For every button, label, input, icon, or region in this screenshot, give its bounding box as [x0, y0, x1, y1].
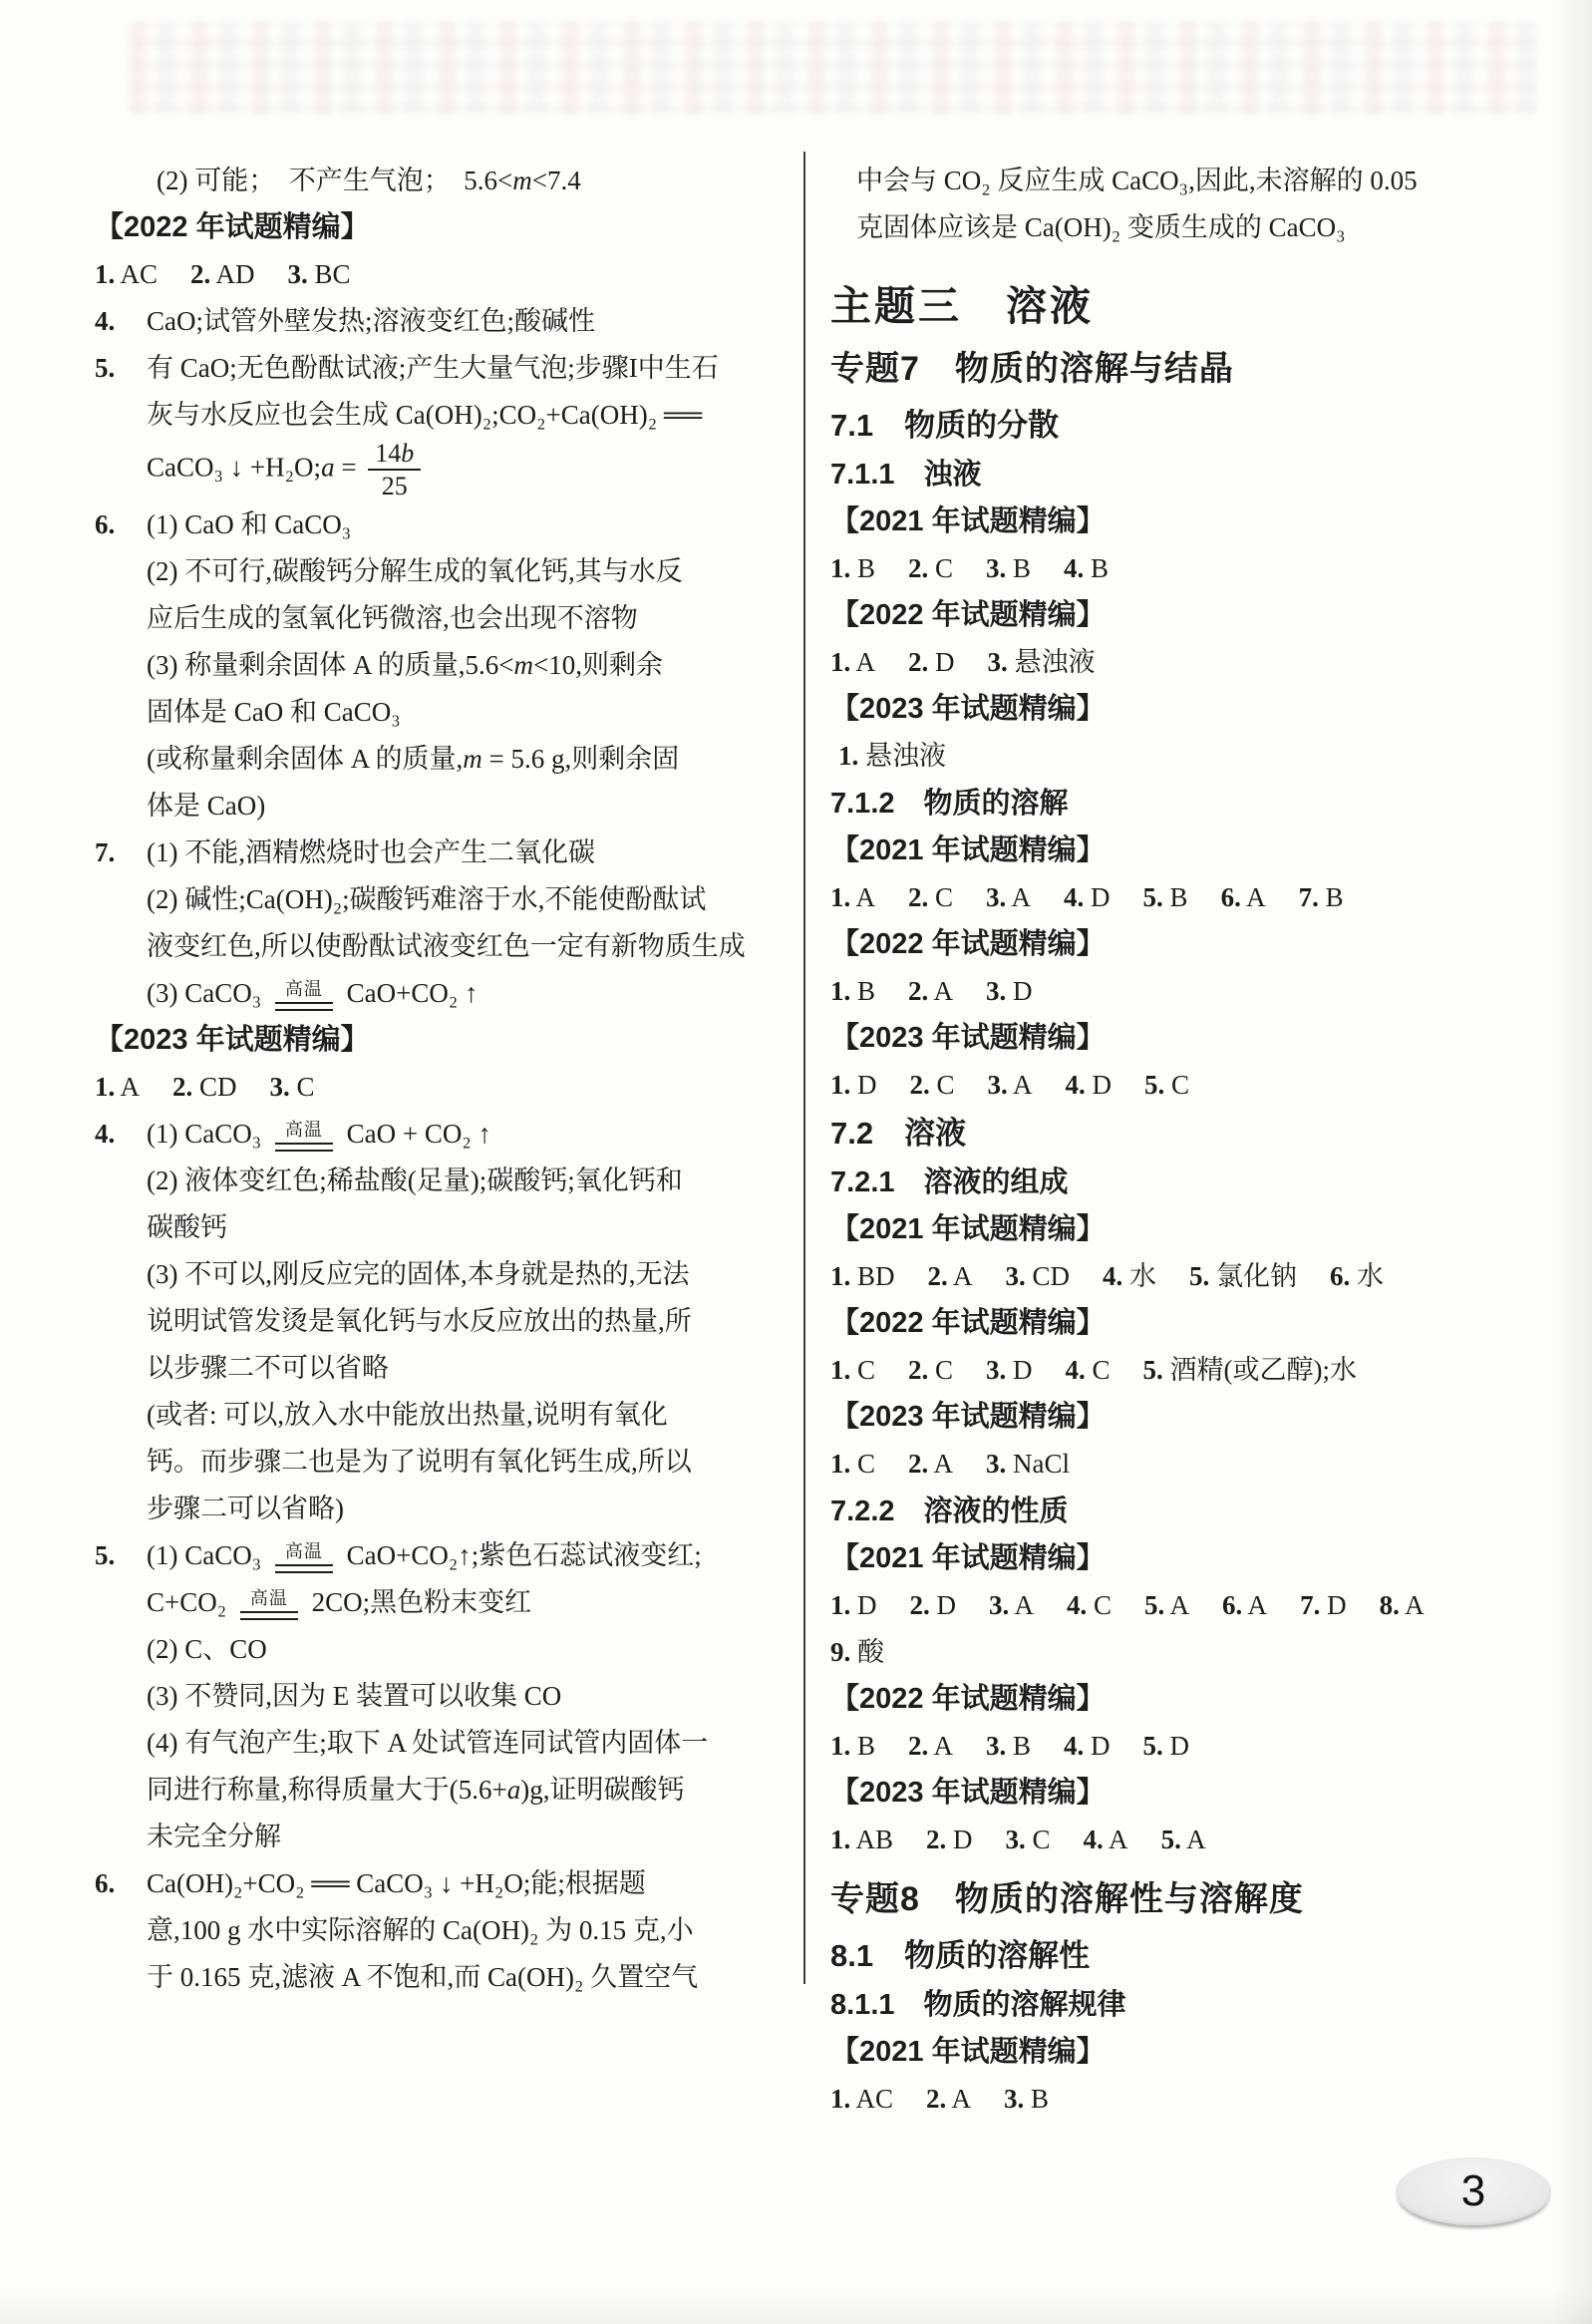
list-item: 4.CaO;试管外壁发热;溶液变红色;酸碱性	[95, 298, 775, 345]
reaction-condition-equals: 高温	[240, 1589, 298, 1620]
answer-item: 2. C	[910, 1070, 955, 1100]
text-line: (2) 不可行,碳酸钙分解生成的氧化钙,其与水反	[95, 548, 775, 595]
answer-item: 2. C	[908, 1355, 953, 1385]
answer-line: 1. D2. D3. A4. C5. A6. A7. D8. A	[830, 1582, 1540, 1629]
answer-item: 1. AC	[95, 259, 158, 289]
text-line: (2) 液体变红色;稀盐酸(足量);碳酸钙;氧化钙和	[95, 1158, 775, 1204]
answer-item: 5. B	[1143, 882, 1188, 912]
answer-item: 1. C	[830, 1449, 875, 1479]
answer-item: 1. A	[830, 882, 875, 912]
answer-item: 3. NaCl	[986, 1449, 1070, 1479]
text-line: 说明试管发烫是氧化钙与水反应放出的热量,所	[95, 1298, 775, 1345]
section-heading: 8.1 物质的溶解性	[830, 1931, 1540, 1981]
answer-item: 1. C	[830, 1355, 875, 1385]
answer-item: 4. C	[1067, 1590, 1112, 1620]
answer-item: 2. A	[926, 2084, 971, 2114]
answer-item: 6. A	[1222, 1590, 1267, 1620]
item-number: 7.	[95, 830, 115, 876]
answer-item: 6. A	[1221, 882, 1266, 912]
list-item: 6.Ca(OH)₂+CO₂ ══ CaCO₃ ↓ +H₂O;能;根据题	[95, 1860, 775, 1907]
item-number: 4.	[95, 1111, 115, 1158]
answer-item: 5. A	[1161, 1825, 1206, 1854]
text-line: (或者: 可以,放入水中能放出热量,说明有氧化	[95, 1392, 775, 1439]
answer-item: 3. C	[1006, 1825, 1051, 1854]
answer-item: 2. C	[908, 882, 953, 912]
text-line: 步骤二可以省略)	[95, 1486, 775, 1532]
answer-item: 1. B	[830, 553, 875, 583]
subsection-heading: 7.2.1 溶液的组成	[830, 1159, 1540, 1206]
text-line: CaCO₃ ↓ +H₂O;a = 14b25	[95, 439, 775, 501]
text-line: 意,100 g 水中实际溶解的 Ca(OH)₂ 为 0.15 克,小	[95, 1907, 775, 1954]
answer-item: 3. A	[986, 882, 1031, 912]
subsection-heading: 8.1.1 物质的溶解规律	[830, 1981, 1540, 2029]
text-line: (4) 有气泡产生;取下 A 处试管连同试管内固体一	[95, 1720, 775, 1767]
bleedthrough-band	[130, 22, 1537, 114]
answer-item: 3. D	[986, 976, 1033, 1006]
answer-item: 3. B	[986, 553, 1031, 583]
text-line: 钙。而步骤二也是为了说明有氧化钙生成,所以	[95, 1439, 775, 1486]
subsection-heading: 7.1.2 物质的溶解	[830, 780, 1540, 828]
year-header: 【2023 年试题精编】	[95, 1017, 775, 1064]
unit-heading: 主题三 溶液	[830, 281, 1540, 331]
list-item: 4.(1) CaCO₃ 高温 CaO + CO₂ ↑	[95, 1111, 775, 1158]
list-item: 5.有 CaO;无色酚酞试液;产生大量气泡;步骤I中生石	[95, 345, 775, 392]
year-header: 【2023 年试题精编】	[830, 1015, 1540, 1062]
topic-heading: 专题8 物质的溶解性与溶解度	[830, 1873, 1540, 1925]
answer-line: 1. B2. C3. B4. B	[830, 545, 1540, 592]
page-number-badge: 3	[1396, 2158, 1551, 2225]
answer-line: 1. B2. A3. B4. D5. D	[830, 1723, 1540, 1770]
answer-item: 1. AB	[830, 1825, 893, 1854]
item-number: 5.	[95, 345, 115, 392]
year-header: 【2021 年试题精编】	[830, 2029, 1540, 2076]
answer-line: 1. A2. D3. 悬浊液	[830, 639, 1540, 686]
answer-item: 3. CD	[1006, 1261, 1071, 1291]
answer-item: 6. 水	[1330, 1261, 1384, 1291]
answer-item: 5. 酒精(或乙醇);水	[1143, 1355, 1357, 1385]
reaction-condition-equals: 高温	[275, 1542, 333, 1573]
text-line: 于 0.165 克,滤液 A 不饱和,而 Ca(OH)₂ 久置空气	[95, 1954, 775, 2001]
fraction: 14b25	[368, 439, 421, 501]
answer-item: 5. A	[1144, 1590, 1189, 1620]
left-column: (2) 可能； 不产生气泡； 5.6<m<7.4【2022 年试题精编】1. A…	[95, 158, 775, 2001]
page-edge-shadow-bottom	[0, 2290, 1592, 2324]
list-item: 6.(1) CaO 和 CaCO₃	[95, 501, 775, 548]
answer-item: 2. D	[926, 1825, 973, 1854]
answer-item: 3. B	[1004, 2084, 1049, 2114]
text-line: 以步骤二不可以省略	[95, 1345, 775, 1392]
year-header: 【2023 年试题精编】	[830, 1394, 1540, 1441]
text-line: (3) 称量剩余固体 A 的质量,5.6<m<10,则剩余	[95, 642, 775, 689]
answer-line: 1. A2. C3. A4. D5. B6. A7. B	[830, 874, 1540, 921]
text-line: 碳酸钙	[95, 1204, 775, 1251]
answer-item: 3. BC	[288, 259, 351, 289]
answer-line: 1. D2. C3. A4. D5. C	[830, 1062, 1540, 1109]
answer-item: 1. A	[830, 647, 875, 677]
answer-item: 4. 水	[1103, 1261, 1156, 1291]
answer-item: 3. B	[986, 1731, 1031, 1761]
answer-item: 7. B	[1299, 882, 1344, 912]
answer-item: 7. D	[1300, 1590, 1347, 1620]
answer-item: 4. D	[1066, 1070, 1113, 1100]
text-line: (或称量剩余固体 A 的质量,m = 5.6 g,则剩余固	[95, 736, 775, 783]
topic-heading: 专题7 物质的溶解与结晶	[830, 343, 1540, 395]
answer-line: 1. AB2. D3. C4. A5. A	[830, 1817, 1540, 1863]
answer-item: 1. AC	[830, 2084, 893, 2114]
answer-line: 1. AC2. AD3. BC	[95, 251, 775, 298]
answer-item: 2. A	[908, 1449, 953, 1479]
answer-item: 2. A	[908, 976, 953, 1006]
reaction-condition-equals: 高温	[275, 1121, 333, 1152]
answer-line: 1. B2. A3. D	[830, 968, 1540, 1015]
answer-item: 4. D	[1064, 882, 1111, 912]
answer-item: 1. D	[830, 1590, 877, 1620]
item-number: 6.	[95, 1860, 115, 1907]
subsection-heading: 7.1.1 浊液	[830, 451, 1540, 498]
reaction-condition-equals: 高温	[275, 980, 333, 1011]
answer-line: 1. AC2. A3. B	[830, 2076, 1540, 2123]
text-line: 液变红色,所以使酚酞试液变红色一定有新物质生成	[95, 923, 775, 970]
section-heading: 7.2 溶液	[830, 1109, 1540, 1159]
year-header: 【2022 年试题精编】	[830, 1676, 1540, 1723]
answer-item: 2. CD	[172, 1072, 237, 1102]
answer-item: 2. A	[908, 1731, 953, 1761]
answer-item: 4. A	[1084, 1825, 1128, 1854]
answer-item: 1. A	[95, 1072, 140, 1102]
answer-item: 3. D	[986, 1355, 1033, 1385]
year-header: 【2021 年试题精编】	[830, 1535, 1540, 1582]
year-header: 【2022 年试题精编】	[95, 204, 775, 251]
text-line: 应后生成的氢氧化钙微溶,也会出现不溶物	[95, 595, 775, 642]
subsection-heading: 7.2.2 溶液的性质	[830, 1488, 1540, 1535]
page-number: 3	[1461, 2166, 1485, 2216]
answer-line: 1. A2. CD3. C	[95, 1064, 775, 1111]
answer-item: 5. D	[1143, 1731, 1190, 1761]
text-line: (2) 碱性;Ca(OH)₂;碳酸钙难溶于水,不能使酚酞试	[95, 876, 775, 923]
answer-item: 2. A	[928, 1261, 973, 1291]
answer-item: 2. D	[908, 647, 955, 677]
answer-item: 3. A	[989, 1590, 1034, 1620]
answer-line: 1. C2. A3. NaCl	[830, 1441, 1540, 1488]
year-header: 【2021 年试题精编】	[830, 498, 1540, 545]
answer-item: 2. C	[908, 553, 953, 583]
answer-line: 1. 悬浊液	[830, 733, 1540, 780]
text-line: C+CO₂ 高温 2CO;黑色粉末变红	[95, 1579, 775, 1626]
answer-item: 9. 酸	[830, 1637, 884, 1667]
answer-item: 1. B	[830, 976, 875, 1006]
text-line: 中会与 CO₂ 反应生成 CaCO₃,因此,未溶解的 0.05	[830, 158, 1540, 204]
answer-line: 1. BD2. A3. CD4. 水5. 氯化钠6. 水	[830, 1253, 1540, 1300]
answer-item: 8. A	[1380, 1590, 1425, 1620]
answer-item: 1. B	[830, 1731, 875, 1761]
text-line: (3) CaCO₃ 高温 CaO+CO₂ ↑	[95, 970, 775, 1017]
answer-line: 1. C2. C3. D4. C5. 酒精(或乙醇);水	[830, 1347, 1540, 1394]
column-divider	[803, 152, 805, 1984]
section-heading: 7.1 物质的分散	[830, 401, 1540, 451]
year-header: 【2022 年试题精编】	[830, 921, 1540, 968]
answer-item: 3. A	[988, 1070, 1033, 1100]
right-column: 中会与 CO₂ 反应生成 CaCO₃,因此,未溶解的 0.05克固体应该是 Ca…	[830, 158, 1540, 2123]
text-line: 灰与水反应也会生成 Ca(OH)₂;CO₂+Ca(OH)₂ ══	[95, 392, 775, 439]
text-line: (3) 不可以,刚反应完的固体,本身就是热的,无法	[95, 1251, 775, 1298]
text-line: (2) C、CO	[95, 1626, 775, 1673]
answer-key-page: (2) 可能； 不产生气泡； 5.6<m<7.4【2022 年试题精编】1. A…	[0, 0, 1592, 2324]
answer-item: 1. BD	[830, 1261, 895, 1291]
answer-item: 4. D	[1064, 1731, 1111, 1761]
text-line: (2) 可能； 不产生气泡； 5.6<m<7.4	[95, 158, 775, 204]
answer-line: 9. 酸	[830, 1629, 1540, 1676]
answer-item: 2. D	[910, 1590, 957, 1620]
answer-item: 5. 氯化钠	[1189, 1261, 1297, 1291]
text-line: 未完全分解	[95, 1814, 775, 1860]
year-header: 【2022 年试题精编】	[830, 592, 1540, 639]
answer-item: 3. 悬浊液	[988, 647, 1096, 677]
answer-item: 3. C	[270, 1072, 315, 1102]
item-number: 6.	[95, 501, 115, 548]
text-line: 同进行称量,称得质量大于(5.6+a)g,证明碳酸钙	[95, 1767, 775, 1814]
year-header: 【2021 年试题精编】	[830, 828, 1540, 874]
answer-item: 5. C	[1144, 1070, 1189, 1100]
answer-item: 1. 悬浊液	[838, 741, 946, 771]
list-item: 7.(1) 不能,酒精燃烧时也会产生二氧化碳	[95, 830, 775, 876]
text-line: 体是 CaO)	[95, 783, 775, 830]
year-header: 【2022 年试题精编】	[830, 1300, 1540, 1347]
text-line: 克固体应该是 Ca(OH)₂ 变质生成的 CaCO₃	[830, 204, 1540, 251]
answer-item: 1. D	[830, 1070, 877, 1100]
year-header: 【2023 年试题精编】	[830, 1770, 1540, 1817]
text-line: 固体是 CaO 和 CaCO₃	[95, 689, 775, 736]
answer-item: 2. AD	[190, 259, 255, 289]
year-header: 【2021 年试题精编】	[830, 1206, 1540, 1253]
item-number: 5.	[95, 1532, 115, 1579]
item-number: 4.	[95, 298, 115, 345]
answer-item: 4. C	[1066, 1355, 1111, 1385]
text-line: (3) 不赞同,因为 E 装置可以收集 CO	[95, 1673, 775, 1720]
page-edge-shadow-right	[1550, 0, 1592, 2324]
answer-item: 4. B	[1064, 553, 1109, 583]
list-item: 5.(1) CaCO₃ 高温 CaO+CO₂↑;紫色石蕊试液变红;	[95, 1532, 775, 1579]
year-header: 【2023 年试题精编】	[830, 686, 1540, 733]
